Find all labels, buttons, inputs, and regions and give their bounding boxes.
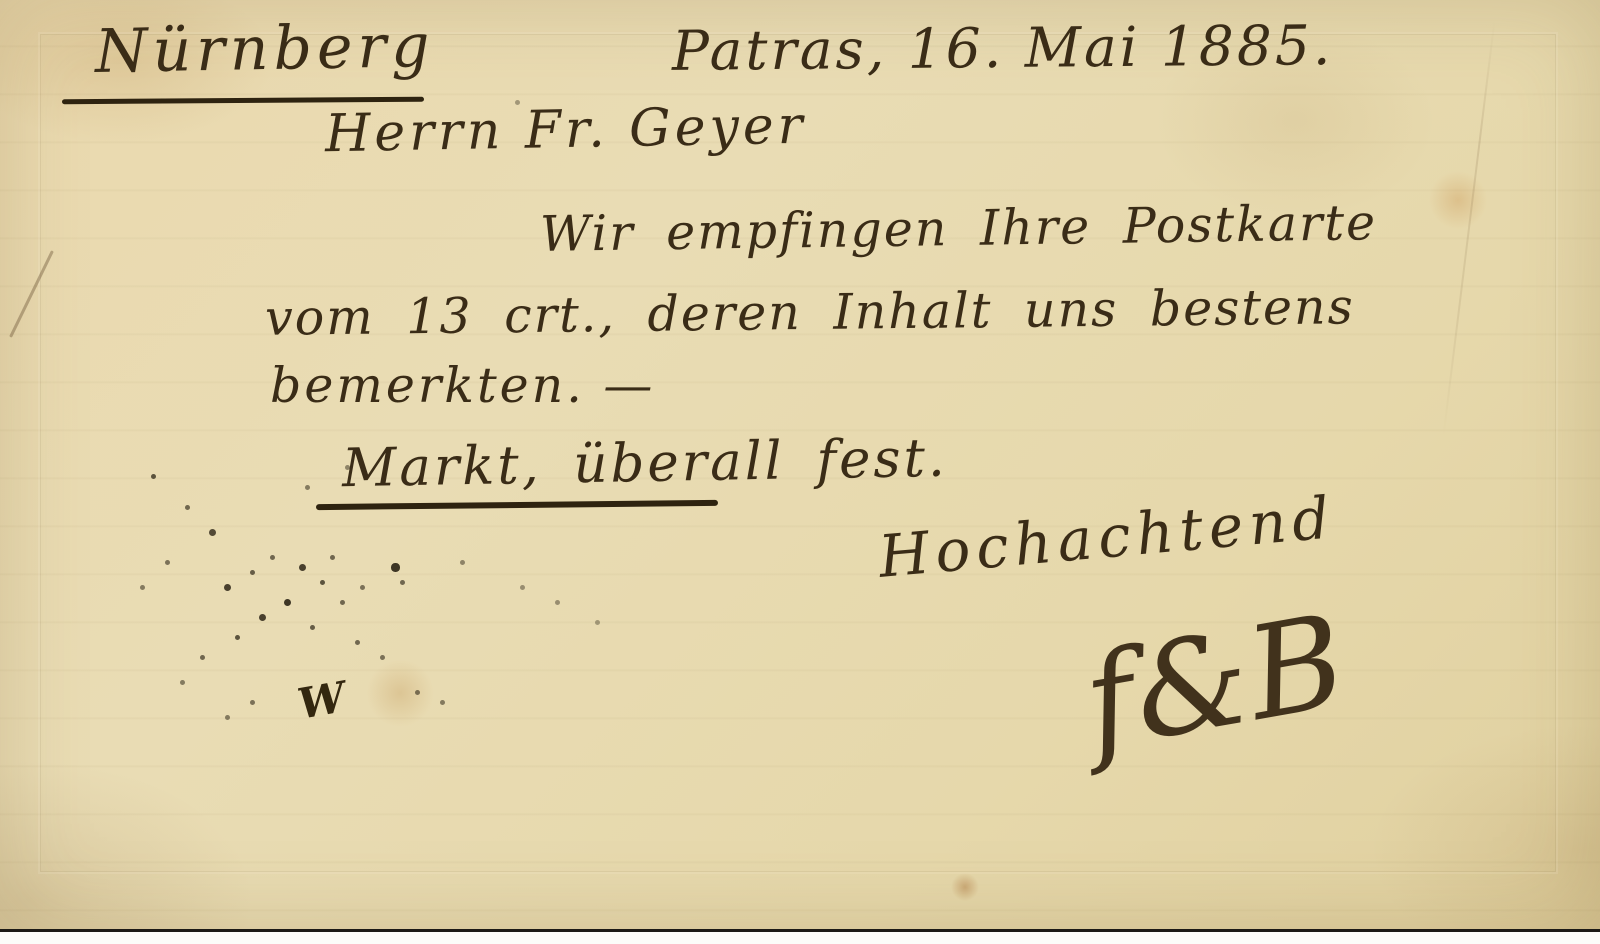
market-note-rest: überall fest. (541, 428, 948, 496)
scanner-background-strip (0, 932, 1600, 944)
body-line-3: bemerkten. — (270, 357, 655, 414)
market-note: Markt, überall fest. (342, 428, 949, 500)
closing: Hochachtend (876, 483, 1338, 591)
body-line-1: Wir empfingen Ihre Postkarte (540, 194, 1378, 263)
dateline: Patras, 16. Mai 1885. (672, 13, 1334, 83)
salutation: Herrn Fr. Geyer (325, 96, 807, 164)
market-note-underlined-word: Markt, (342, 435, 543, 499)
paper-crease (1442, 19, 1495, 436)
postcard: Nürnberg Patras, 16. Mai 1885. Herrn Fr.… (0, 0, 1600, 931)
origin-city: Nürnberg (94, 11, 435, 87)
signature-monogram: f&B (1074, 586, 1357, 778)
pencil-slash-mark (9, 250, 54, 338)
body-line-2: vom 13 crt., deren Inhalt uns bestens (265, 278, 1355, 346)
corner-mark: W (294, 672, 349, 728)
ink-speckles (0, 0, 3, 3)
postcard-scan: Nürnberg Patras, 16. Mai 1885. Herrn Fr.… (0, 0, 1600, 944)
market-underline (316, 500, 718, 510)
